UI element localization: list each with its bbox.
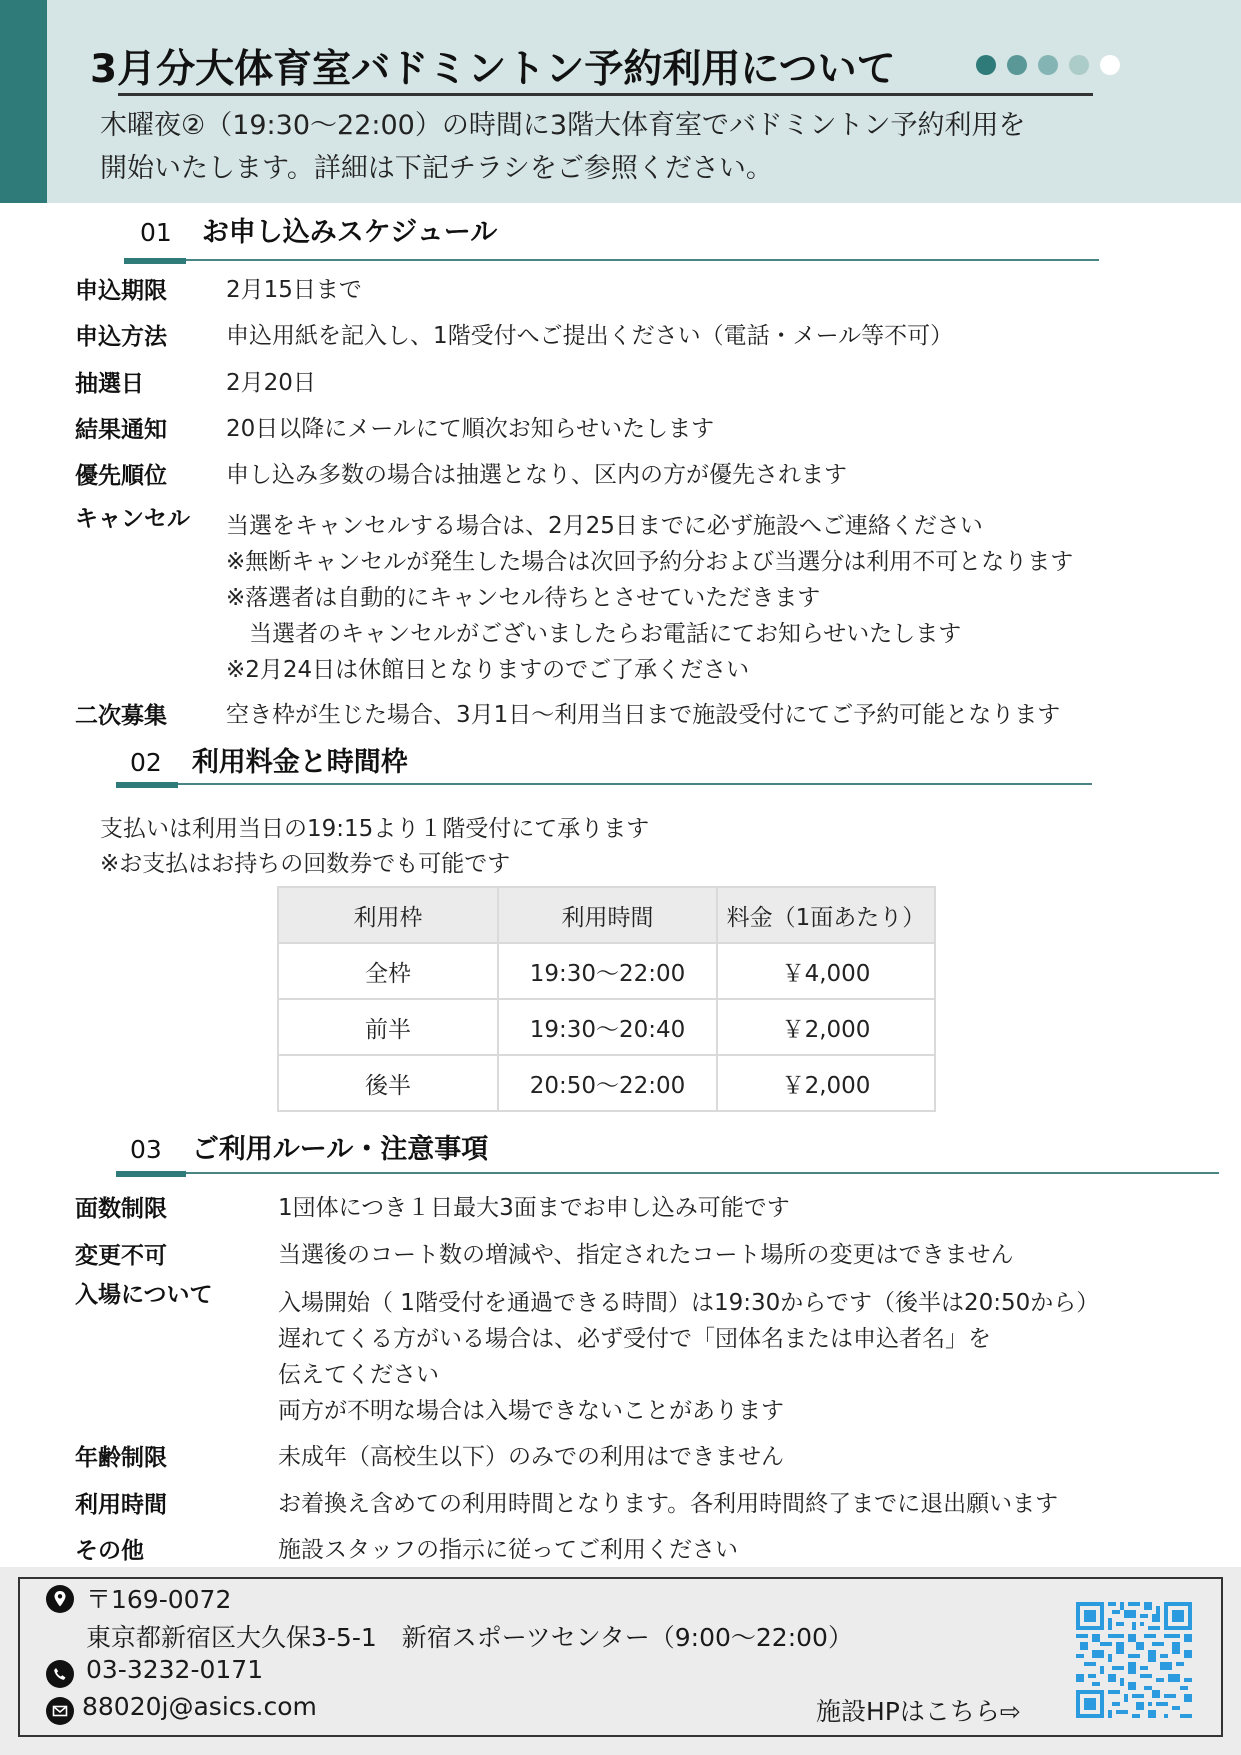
section-number: 03 (130, 1135, 162, 1164)
section-rule (178, 783, 1092, 785)
row-value: 2月20日 (226, 365, 316, 401)
qr-code-icon[interactable] (1076, 1602, 1192, 1718)
dot-icon (976, 55, 996, 75)
decorative-dots (976, 55, 1120, 75)
row-value: 当選後のコート数の増減や、指定されたコート場所の変更はできません (278, 1237, 1014, 1273)
row-value: 申込用紙を記入し、1階受付へご提出ください（電話・メール等不可） (226, 318, 953, 354)
phone-icon (46, 1660, 74, 1688)
intro-line: 木曜夜②（19:30～22:00）の時間に3階大体育室でバドミントン予約利用を (100, 104, 1025, 147)
map-pin-icon (46, 1585, 74, 1613)
row-value: お着換え含めての利用時間となります。各利用時間終了までに退出願います (278, 1486, 1058, 1522)
header-banner: 3月分大体育室バドミントン予約利用について 木曜夜②（19:30～22:00）の… (0, 0, 1241, 203)
row-value: 空き枠が生じた場合、3月1日～利用当日まで施設受付にてご予約可能となります (226, 697, 1060, 733)
row-label: 利用時間 (75, 1486, 167, 1519)
row-label: 結果通知 (75, 411, 167, 444)
section-3-header: 03 ご利用ルール・注意事項 (130, 1127, 488, 1166)
column-header: 料金（1面あたり） (717, 887, 935, 943)
section-2-header: 02 利用料金と時間枠 (130, 740, 408, 779)
row-value: 申し込み多数の場合は抽選となり、区内の方が優先されます (226, 457, 847, 493)
slot-cell: 全枠 (278, 943, 498, 999)
row-value: 施設スタッフの指示に従ってご利用ください (278, 1532, 738, 1568)
page-title: 3月分大体育室バドミントン予約利用について (90, 38, 896, 94)
intro-line: 開始いたします。詳細は下記チラシをご参照ください。 (100, 147, 1025, 190)
price-cell: ￥4,000 (717, 943, 935, 999)
address: 東京都新宿区大久保3-5-1 新宿スポーツセンター（9:00～22:00） (86, 1618, 853, 1654)
section-rule (186, 259, 1099, 261)
dot-icon (1100, 55, 1120, 75)
section-1-header: 01 お申し込みスケジュール (140, 210, 497, 249)
row-value: 1団体につき１日最大3面までお申し込み可能です (278, 1190, 790, 1226)
facility-hp-link[interactable]: 施設HPはこちら⇨ (816, 1692, 1021, 1728)
table-header-row: 利用枠 利用時間 料金（1面あたり） (278, 887, 935, 943)
coupon-note: ※お支払はお持ちの回数券でも可能です (100, 845, 510, 878)
slot-cell: 後半 (278, 1055, 498, 1111)
dot-icon (1007, 55, 1027, 75)
payment-note: 支払いは利用当日の19:15より１階受付にて承ります (100, 810, 649, 843)
section-rule (186, 1172, 1219, 1174)
price-cell: ￥2,000 (717, 1055, 935, 1111)
section-title: 利用料金と時間枠 (192, 740, 408, 779)
column-header: 利用時間 (498, 887, 717, 943)
dot-icon (1038, 55, 1058, 75)
section-title: ご利用ルール・注意事項 (192, 1127, 488, 1166)
section-rule-accent (116, 782, 178, 788)
row-label: 申込方法 (75, 318, 167, 351)
row-value: 20日以降にメールにて順次お知らせいたします (226, 411, 714, 447)
section-rule-accent (116, 1171, 186, 1177)
time-cell: 19:30～22:00 (498, 943, 717, 999)
time-cell: 19:30～20:40 (498, 999, 717, 1055)
row-label: 二次募集 (75, 697, 167, 730)
row-label: 優先順位 (75, 457, 167, 490)
row-label: 変更不可 (75, 1237, 167, 1270)
section-number: 02 (130, 748, 162, 777)
header-accent-bar (0, 0, 47, 203)
section-number: 01 (140, 218, 172, 247)
postal-code: 〒169-0072 (86, 1580, 231, 1616)
price-cell: ￥2,000 (717, 999, 935, 1055)
row-value: 未成年（高校生以下）のみでの利用はできません (278, 1439, 784, 1475)
slot-cell: 前半 (278, 999, 498, 1055)
intro-text: 木曜夜②（19:30～22:00）の時間に3階大体育室でバドミントン予約利用を … (100, 104, 1025, 190)
row-label: 申込期限 (75, 272, 167, 305)
row-label: 面数制限 (75, 1190, 167, 1223)
table-row: 前半 19:30～20:40 ￥2,000 (278, 999, 935, 1055)
row-label: その他 (75, 1532, 144, 1565)
section-rule-accent (124, 258, 186, 264)
section-title: お申し込みスケジュール (202, 210, 497, 249)
table-row: 全枠 19:30～22:00 ￥4,000 (278, 943, 935, 999)
row-label: 入場について (75, 1276, 213, 1309)
email-link[interactable]: 88020j@asics.com (82, 1692, 317, 1721)
mail-icon (46, 1697, 74, 1725)
row-value: 入場開始（ 1階受付を通過できる時間）は19:30からです（後半は20:50から… (278, 1285, 1099, 1429)
table-row: 後半 20:50～22:00 ￥2,000 (278, 1055, 935, 1111)
row-label: キャンセル (75, 500, 190, 533)
row-value: 2月15日まで (226, 272, 362, 308)
dot-icon (1069, 55, 1089, 75)
time-cell: 20:50～22:00 (498, 1055, 717, 1111)
fee-table: 利用枠 利用時間 料金（1面あたり） 全枠 19:30～22:00 ￥4,000… (277, 886, 936, 1112)
row-value: 当選をキャンセルする場合は、2月25日までに必ず施設へご連絡ください ※無断キャ… (226, 508, 1073, 688)
phone-number[interactable]: 03-3232-0171 (86, 1655, 263, 1684)
title-underline (118, 93, 1093, 96)
row-label: 抽選日 (75, 365, 144, 398)
row-label: 年齢制限 (75, 1439, 167, 1472)
column-header: 利用枠 (278, 887, 498, 943)
